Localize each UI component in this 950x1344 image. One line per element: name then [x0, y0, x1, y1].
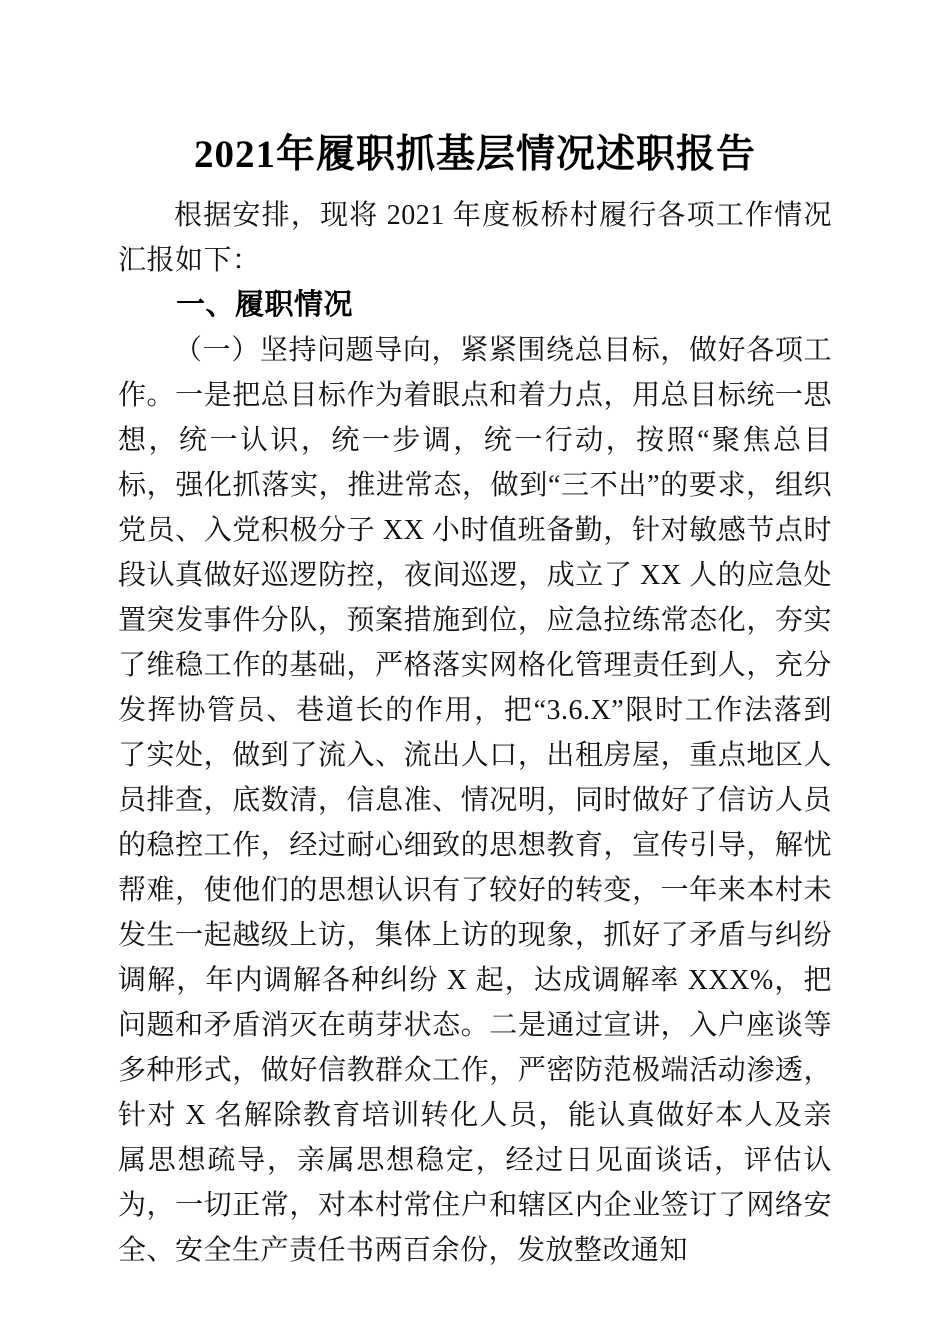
section-heading-1: 一、履职情况	[118, 283, 832, 327]
document-title: 2021年履职抓基层情况述职报告	[118, 130, 832, 180]
body-paragraph-1: （一）坚持问题导向，紧紧围绕总目标，做好各项工作。一是把总目标作为着眼点和着力点…	[118, 328, 832, 1273]
document-page: 2021年履职抓基层情况述职报告 根据安排，现将 2021 年度板桥村履行各项工…	[0, 0, 950, 1344]
intro-paragraph: 根据安排，现将 2021 年度板桥村履行各项工作情况汇报如下：	[118, 193, 832, 283]
